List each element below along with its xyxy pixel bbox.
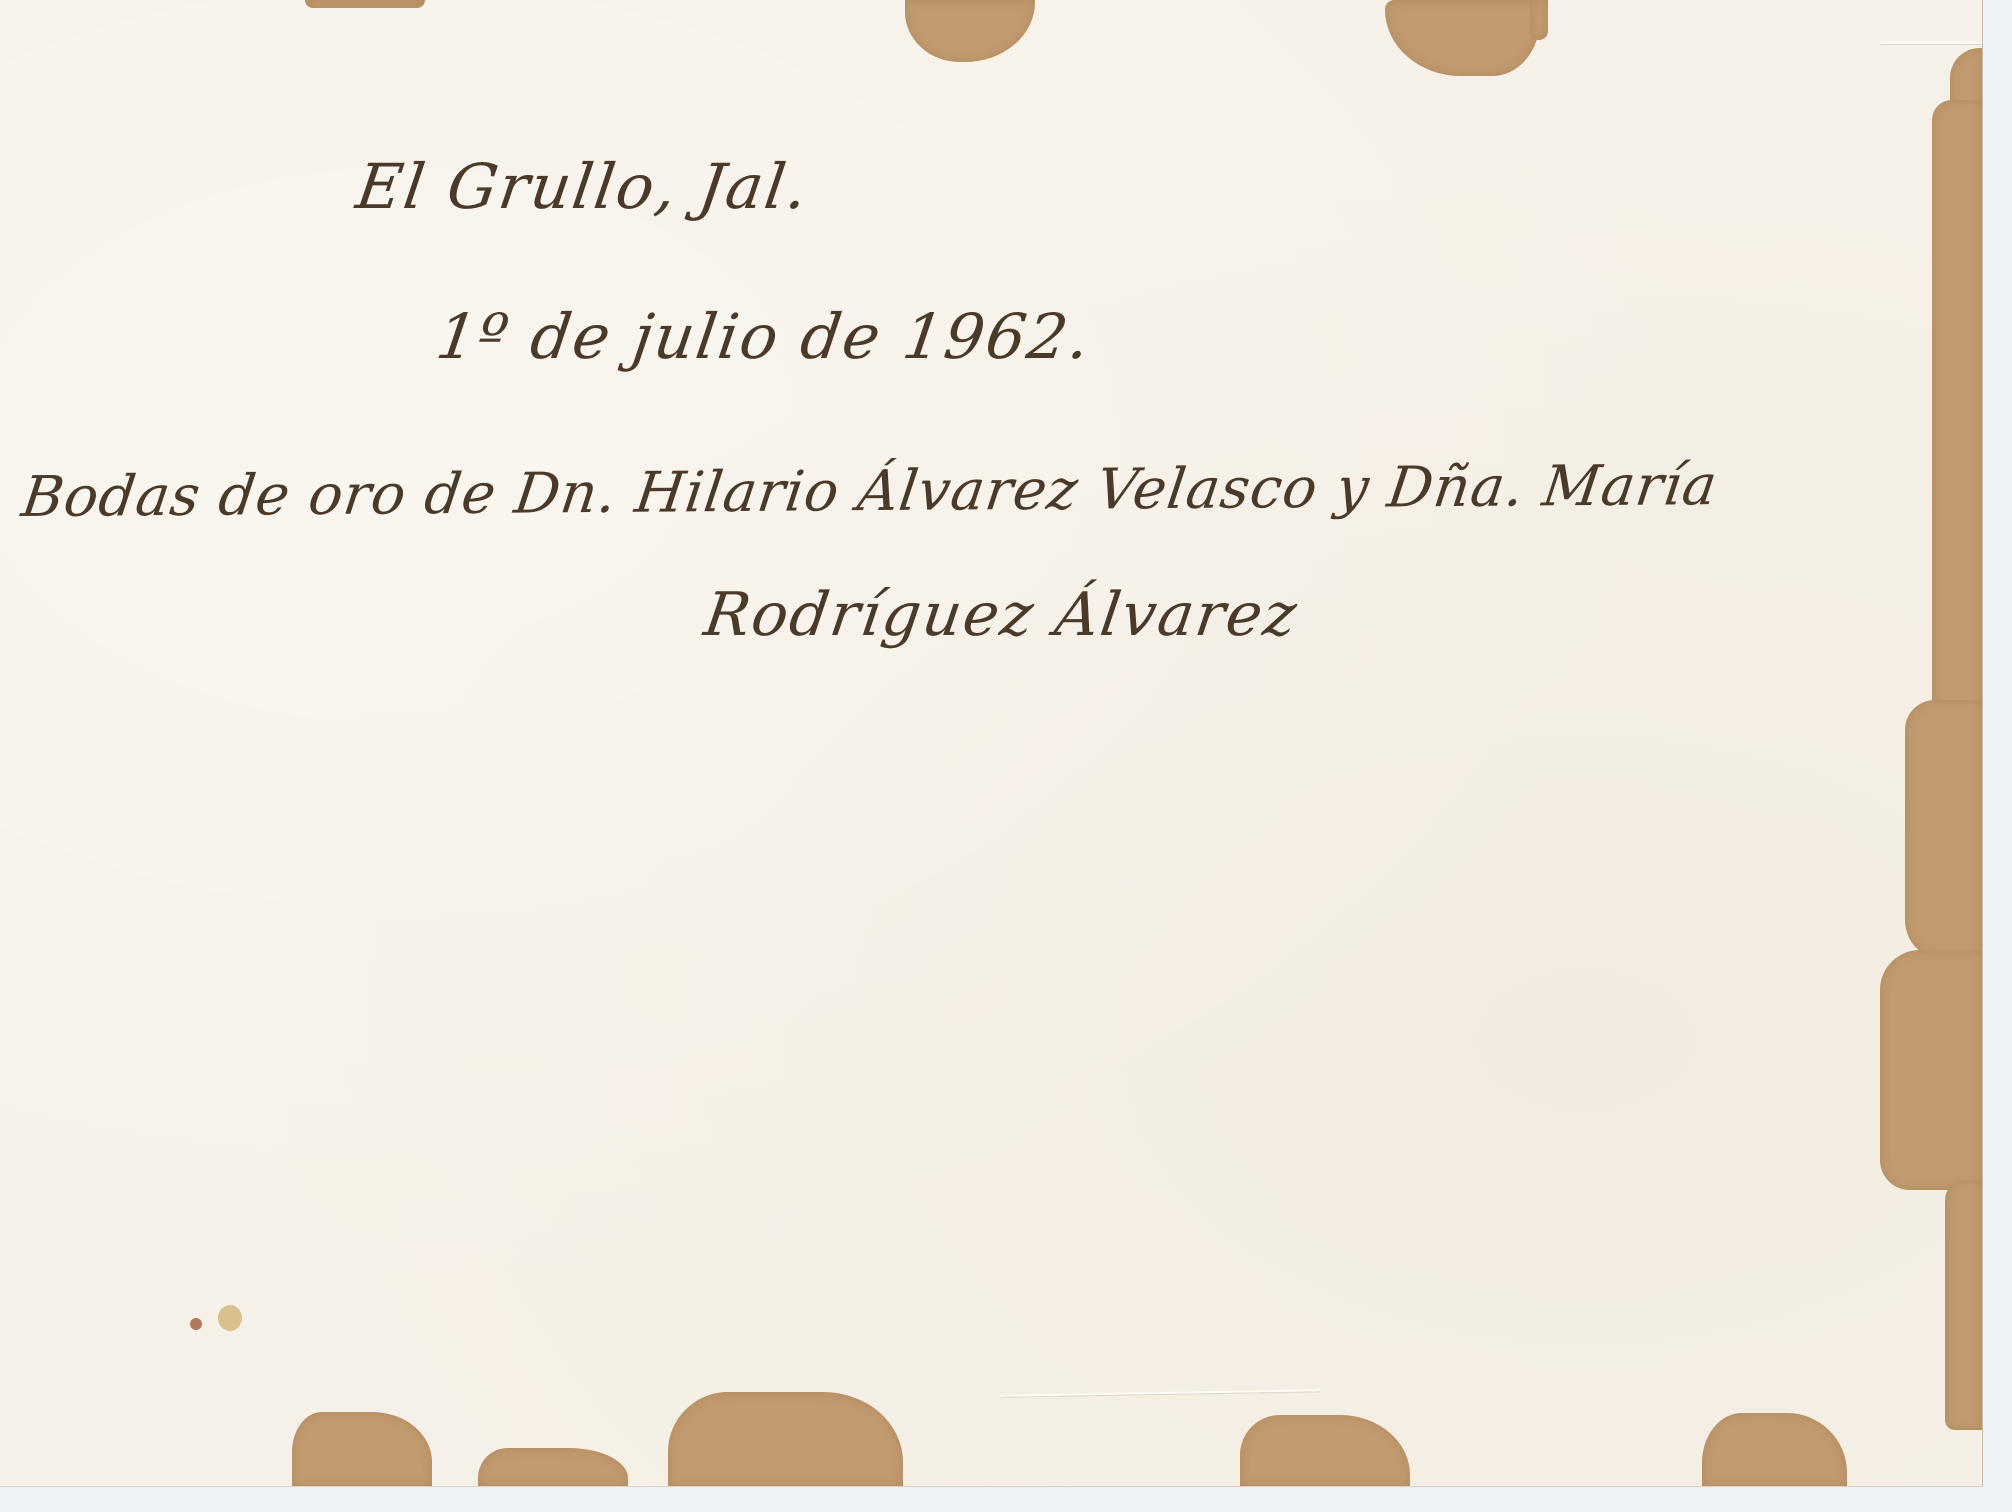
stain-top-left — [305, 0, 425, 8]
crease-top-right — [1880, 42, 1982, 44]
handwritten-name: Rodríguez Álvarez — [700, 580, 1303, 650]
stain-top-right-2 — [1530, 0, 1548, 40]
stain-top-right — [1385, 0, 1540, 76]
stain-bottom-4 — [1240, 1415, 1410, 1486]
stain-right-edge-bottom — [1945, 1180, 1982, 1430]
stain-right-edge-mid — [1905, 700, 1982, 960]
stain-right-edge — [1932, 100, 1982, 800]
photo-back-paper: El Grullo, Jal. 1º de julio de 1962. Bod… — [0, 0, 1983, 1487]
handwritten-date: 1º de julio de 1962. — [432, 300, 1096, 373]
ink-speck — [190, 1318, 202, 1330]
stain-bottom-1 — [292, 1412, 432, 1486]
stain-right-edge-low — [1880, 950, 1982, 1190]
stain-bottom-5 — [1702, 1413, 1847, 1486]
crease-bottom — [1000, 1389, 1320, 1397]
ink-speck — [218, 1305, 242, 1331]
stain-bottom-3 — [668, 1392, 903, 1486]
handwritten-dedication: Bodas de oro de Dn. Hilario Álvarez Vela… — [18, 453, 1721, 530]
handwritten-place: El Grullo, Jal. — [352, 150, 814, 223]
stain-bottom-2 — [478, 1448, 628, 1486]
stain-top-center — [905, 0, 1035, 62]
